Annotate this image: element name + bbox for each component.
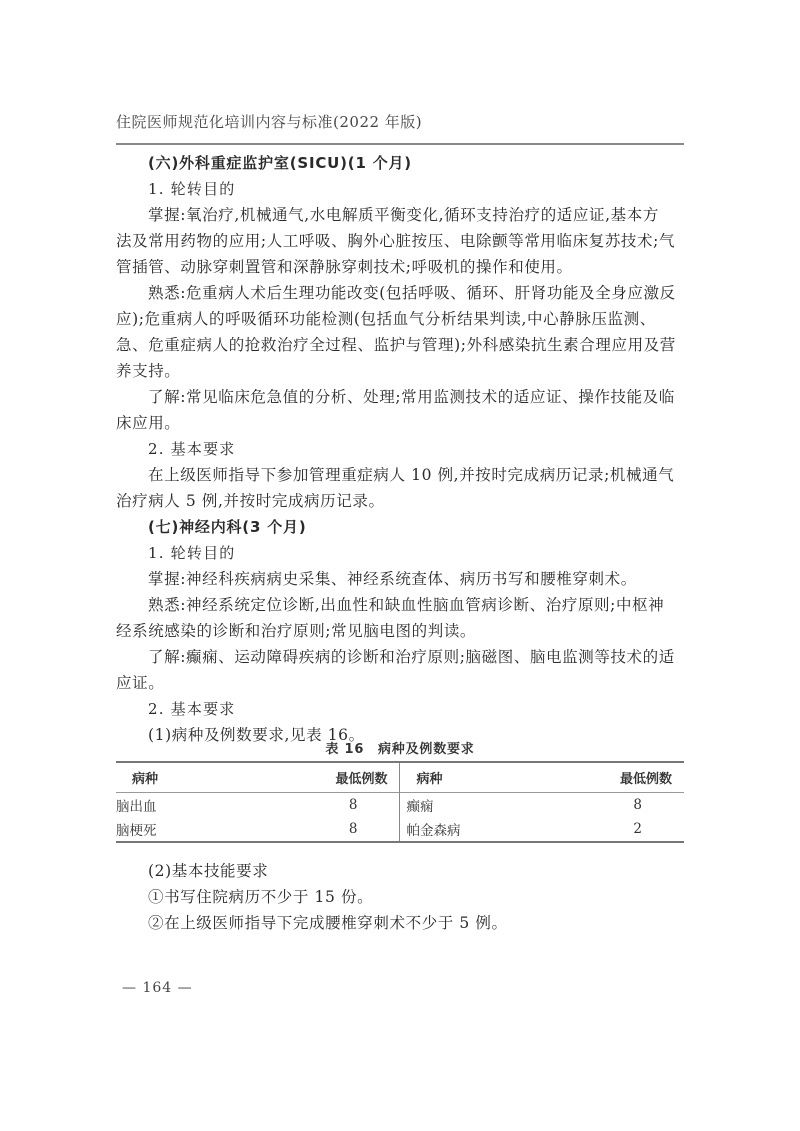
disease-requirements-table: 病种 最低例数 病种 最低例数 脑出血 8 癫痫 8 脑梗死 8 帕金森病 2 <box>116 761 684 843</box>
table-caption: 表 16 病种及例数要求 <box>116 738 684 757</box>
cell-disease: 脑出血 <box>116 793 284 818</box>
header-min-cases: 最低例数 <box>568 762 684 793</box>
skills-section: (2)基本技能要求 ①书写住院病历不少于 15 份。 ②在上级医师指导下完成腰椎… <box>116 858 684 936</box>
cell-min-cases: 8 <box>284 793 400 818</box>
table-row: 脑出血 8 癫痫 8 <box>116 793 684 818</box>
subheading-basic-requirements: 2. 基本要求 <box>116 436 684 462</box>
subheading-basic-requirements: 2. 基本要求 <box>116 696 684 722</box>
para-know-line: 了解:癫痫、运动障碍疾病的诊断和治疗原则;脑磁图、脑电监测等技术的适 <box>116 644 684 670</box>
para-familiar-line: 熟悉:危重病人术后生理功能改变(包括呼吸、循环、肝肾功能及全身应激反 <box>116 280 684 306</box>
skill-item: ②在上级医师指导下完成腰椎穿刺术不少于 5 例。 <box>116 910 684 936</box>
subheading-rotation-goals: 1. 轮转目的 <box>116 176 684 202</box>
header-min-cases: 最低例数 <box>284 762 400 793</box>
para-familiar-line: 应);危重病人的呼吸循环功能检测(包括血气分析结果判读,中心静脉压监测、 <box>116 306 684 332</box>
skills-heading: (2)基本技能要求 <box>116 858 684 884</box>
para-master-line: 掌握:氧治疗,机械通气,水电解质平衡变化,循环支持治疗的适应证,基本方 <box>116 202 684 228</box>
header-rule <box>116 143 684 145</box>
header-disease: 病种 <box>116 762 284 793</box>
para-master-line: 法及常用药物的应用;人工呼吸、胸外心脏按压、电除颤等常用临床复苏技术;气 <box>116 228 684 254</box>
cell-disease: 脑梗死 <box>116 817 284 842</box>
para-familiar-line: 急、危重症病人的抢救治疗全过程、监护与管理);外科感染抗生素合理应用及营 <box>116 332 684 358</box>
para-master-line: 管插管、动脉穿刺置管和深静脉穿刺技术;呼吸机的操作和使用。 <box>116 254 684 280</box>
header-disease: 病种 <box>400 762 568 793</box>
para-master-line: 掌握:神经科疾病病史采集、神经系统查体、病历书写和腰椎穿刺术。 <box>116 566 684 592</box>
para-know-line: 应证。 <box>116 670 684 696</box>
para-requirement-line: 在上级医师指导下参加管理重症病人 10 例,并按时完成病历记录;机械通气 <box>116 462 684 488</box>
para-familiar-line: 养支持。 <box>116 358 684 384</box>
cell-min-cases: 8 <box>568 793 684 818</box>
para-familiar-line: 经系统感染的诊断和治疗原则;常见脑电图的判读。 <box>116 618 684 644</box>
table-header-row: 病种 最低例数 病种 最低例数 <box>116 762 684 793</box>
section-heading-sicu: (六)外科重症监护室(SICU)(1 个月) <box>116 150 684 176</box>
cell-disease: 帕金森病 <box>400 817 568 842</box>
table-row: 脑梗死 8 帕金森病 2 <box>116 817 684 842</box>
cell-min-cases: 2 <box>568 817 684 842</box>
para-know-line: 床应用。 <box>116 410 684 436</box>
skill-item: ①书写住院病历不少于 15 份。 <box>116 884 684 910</box>
para-know-line: 了解:常见临床危急值的分析、处理;常用监测技术的适应证、操作技能及临 <box>116 384 684 410</box>
cell-min-cases: 8 <box>284 817 400 842</box>
cell-disease: 癫痫 <box>400 793 568 818</box>
body-content: (六)外科重症监护室(SICU)(1 个月) 1. 轮转目的 掌握:氧治疗,机械… <box>116 150 684 748</box>
para-requirement-line: 治疗病人 5 例,并按时完成病历记录。 <box>116 488 684 514</box>
para-familiar-line: 熟悉:神经系统定位诊断,出血性和缺血性脑血管病诊断、治疗原则;中枢神 <box>116 592 684 618</box>
page-number: — 164 — <box>122 980 193 996</box>
running-head: 住院医师规范化培训内容与标准(2022 年版) <box>116 111 422 132</box>
section-heading-neurology: (七)神经内科(3 个月) <box>116 514 684 540</box>
subheading-rotation-goals: 1. 轮转目的 <box>116 540 684 566</box>
